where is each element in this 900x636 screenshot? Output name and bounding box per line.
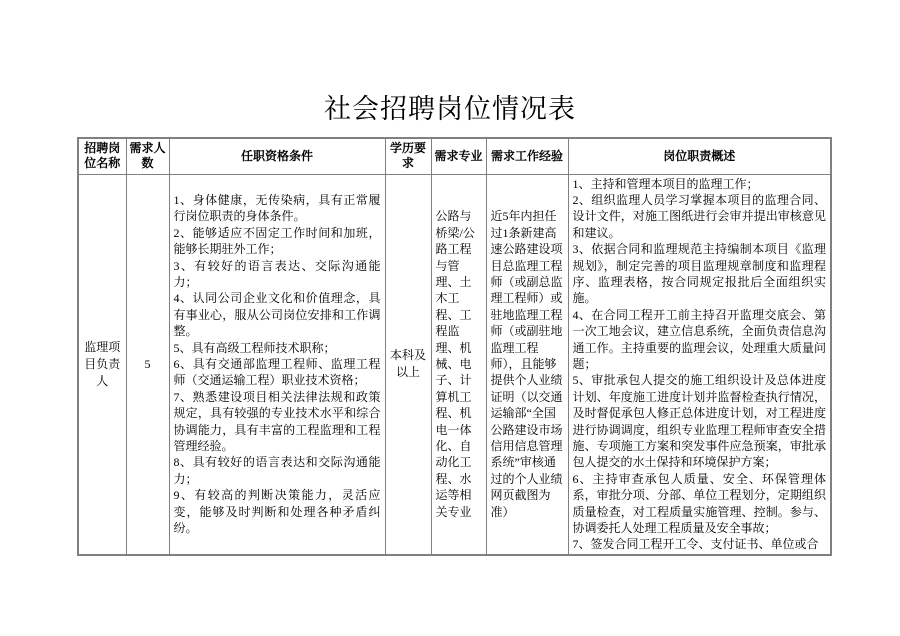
recruitment-table: 招聘岗位名称 需求人数 任职资格条件 学历要求 需求专业 需求工作经验 岗位职责… (77, 137, 832, 556)
header-education: 学历要求 (385, 138, 431, 174)
document-page: 社会招聘岗位情况表 招聘岗位名称 需求人数 任职资格条件 学历要求 需求专业 需… (0, 0, 900, 636)
cell-position-name: 监理项目负责人 (78, 174, 126, 555)
cell-experience: 近5年内担任过1条新建高速公路建设项目总监理工程师（或副总监理工程师）或驻地监理… (486, 174, 568, 555)
header-headcount: 需求人数 (126, 138, 169, 174)
cell-headcount: 5 (126, 174, 169, 555)
text-line: 4、在合同工程开工前主持召开监理交底会、第一次工地会议，建立信息系统，全面负责信… (573, 307, 827, 373)
text-line: 2、组织监理人员学习掌握本项目的监理合同、设计文件，对施工图纸进行会审并提出审核… (573, 192, 827, 241)
cell-education: 本科及以上 (385, 174, 431, 555)
cell-duties: 1、主持和管理本项目的监理工作；2、组织监理人员学习掌握本项目的监理合同、设计文… (568, 174, 831, 555)
text-line: 5、具有高级工程师技术职称； (174, 340, 381, 356)
table-header-row: 招聘岗位名称 需求人数 任职资格条件 学历要求 需求专业 需求工作经验 岗位职责… (78, 138, 831, 174)
header-position-name: 招聘岗位名称 (78, 138, 126, 174)
text-line: 7、签发合同工程开工令、支付证书、单位或合 (573, 536, 827, 552)
text-line: 2、能够适应不固定工作时间和加班，能够长期驻外工作； (174, 225, 381, 258)
text-line: 3、依据合同和监理规范主持编制本项目《监理规划》，制定完善的项目监理规章制度和监… (573, 241, 827, 307)
text-line: 7、熟悉建设项目相关法律法规和政策规定，具有较强的专业技术水平和综合协调能力，具… (174, 389, 381, 455)
text-line: 6、具有交通部监理工程师、监理工程师（交通运输工程）职业技术资格； (174, 356, 381, 389)
text-line: 5、审批承包人提交的施工组织设计及总体进度计划、年度施工进度计划并监督检查执行情… (573, 372, 827, 470)
text-line: 8、具有较好的语言表达和交际沟通能力； (174, 454, 381, 487)
cell-major: 公路与桥梁/公路工程与管理、土木工程、工程监理、机械、电子、计算机工程、机电一体… (431, 174, 486, 555)
text-line: 6、主持审查承包人质量、安全、环保管理体系，审批分项、分部、单位工程划分，定期组… (573, 471, 827, 537)
text-line: 1、身体健康，无传染病，具有正常履行岗位职责的身体条件。 (174, 192, 381, 225)
header-qualifications: 任职资格条件 (169, 138, 385, 174)
header-duties: 岗位职责概述 (568, 138, 831, 174)
text-line: 4、认同公司企业文化和价值理念，具有事业心，服从公司岗位安排和工作调整。 (174, 290, 381, 339)
text-line: 9、有较高的判断决策能力，灵活应变，能够及时判断和处理各种矛盾纠纷。 (174, 487, 381, 536)
text-line: 1、主持和管理本项目的监理工作； (573, 176, 827, 192)
page-title: 社会招聘岗位情况表 (0, 92, 900, 126)
text-line: 3、有较好的语言表达、交际沟通能力； (174, 258, 381, 291)
header-major: 需求专业 (431, 138, 486, 174)
cell-qualifications: 1、身体健康，无传染病，具有正常履行岗位职责的身体条件。2、能够适应不固定工作时… (169, 174, 385, 555)
header-experience: 需求工作经验 (486, 138, 568, 174)
table-row: 监理项目负责人 5 1、身体健康，无传染病，具有正常履行岗位职责的身体条件。2、… (78, 174, 831, 555)
